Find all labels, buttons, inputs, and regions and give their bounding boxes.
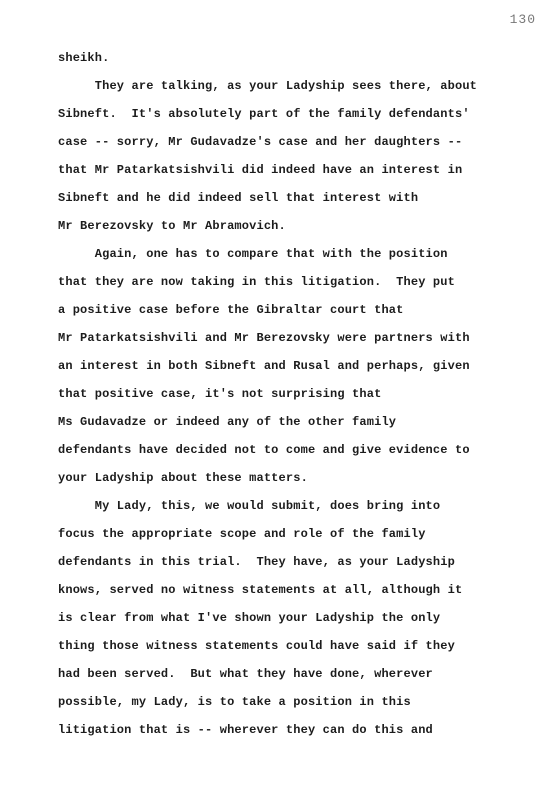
transcript-line: focus the appropriate scope and role of …: [58, 520, 548, 548]
transcript-line: Mr Patarkatsishvili and Mr Berezovsky we…: [58, 324, 548, 352]
transcript-line: My Lady, this, we would submit, does bri…: [58, 492, 548, 520]
transcript-line: litigation that is -- wherever they can …: [58, 716, 548, 744]
transcript-line: Sibneft. It's absolutely part of the fam…: [58, 100, 548, 128]
transcript-line: had been served. But what they have done…: [58, 660, 548, 688]
transcript-line: an interest in both Sibneft and Rusal an…: [58, 352, 548, 380]
transcript-body: sheikh. They are talking, as your Ladysh…: [58, 44, 548, 744]
transcript-line: that they are now taking in this litigat…: [58, 268, 548, 296]
page-number: 130: [510, 12, 536, 27]
transcript-page: 130 sheikh. They are talking, as your La…: [0, 0, 558, 789]
transcript-line: They are talking, as your Ladyship sees …: [58, 72, 548, 100]
transcript-line: your Ladyship about these matters.: [58, 464, 548, 492]
transcript-line: thing those witness statements could hav…: [58, 632, 548, 660]
transcript-line: a positive case before the Gibraltar cou…: [58, 296, 548, 324]
transcript-line: Again, one has to compare that with the …: [58, 240, 548, 268]
transcript-line: case -- sorry, Mr Gudavadze's case and h…: [58, 128, 548, 156]
transcript-line: defendants in this trial. They have, as …: [58, 548, 548, 576]
transcript-line: that Mr Patarkatsishvili did indeed have…: [58, 156, 548, 184]
transcript-line: Ms Gudavadze or indeed any of the other …: [58, 408, 548, 436]
transcript-line: sheikh.: [58, 44, 548, 72]
transcript-line: Sibneft and he did indeed sell that inte…: [58, 184, 548, 212]
transcript-line: possible, my Lady, is to take a position…: [58, 688, 548, 716]
transcript-line: that positive case, it's not surprising …: [58, 380, 548, 408]
transcript-line: defendants have decided not to come and …: [58, 436, 548, 464]
transcript-line: knows, served no witness statements at a…: [58, 576, 548, 604]
transcript-line: is clear from what I've shown your Ladys…: [58, 604, 548, 632]
transcript-line: Mr Berezovsky to Mr Abramovich.: [58, 212, 548, 240]
